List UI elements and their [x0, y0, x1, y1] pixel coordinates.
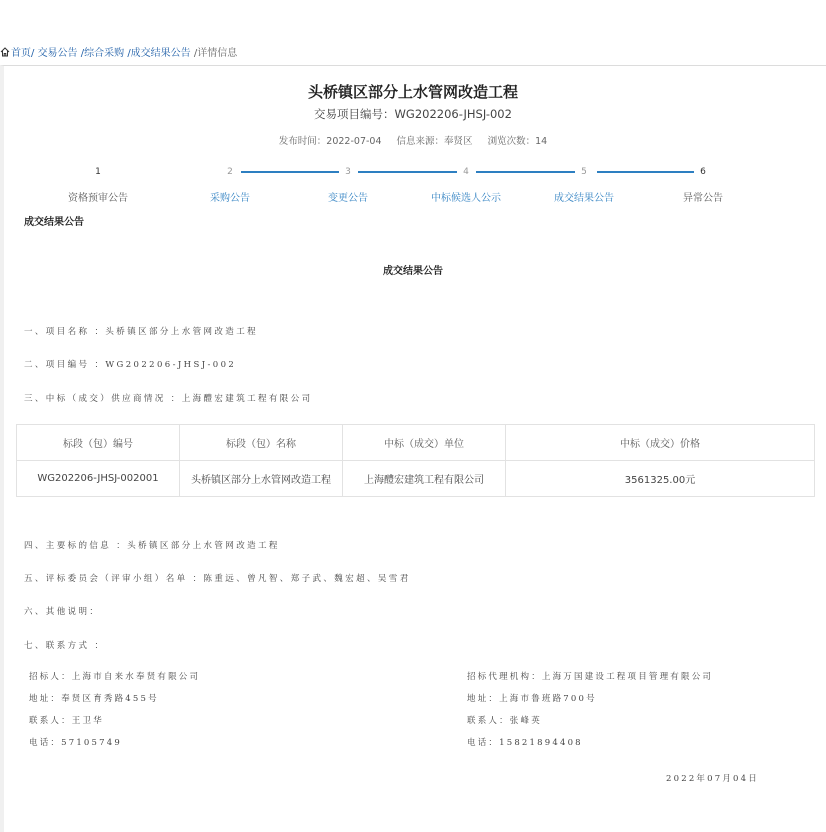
notice-date: 2022年07月04日 — [666, 772, 759, 784]
process-stepper: 1 资格预审公告 2 采购公告 3 变更公告 4 中标候选人公示 5 成交结果公… — [0, 166, 826, 206]
breadcrumb-comprehensive-procurement[interactable]: /综合采购 — [81, 48, 124, 59]
publish-time: 发布时间：2022-07-04 — [279, 136, 382, 147]
step-number: 6 — [643, 166, 763, 178]
meta-info: 发布时间：2022-07-04 信息来源：奉贤区 浏览次数：14 — [0, 133, 826, 147]
buyer-address: 地址：奉贤区育秀路455号 — [29, 688, 200, 710]
header-lot-name: 标段（包）名称 — [180, 425, 343, 461]
supplier-line: 三、中标（成交）供应商情况 ：上海醴宏建筑工程有限公司 — [24, 392, 313, 404]
page-title: 头桥镇区部分上水管网改造工程 — [0, 81, 826, 102]
buyer-phone: 电话：57105749 — [29, 732, 200, 754]
step-label: 异常公告 — [643, 189, 763, 204]
step-number: 1 — [38, 166, 158, 178]
section-label: 成交结果公告 — [24, 213, 84, 228]
step-change[interactable]: 3 变更公告 — [288, 166, 408, 204]
contact-heading-line: 七、联系方式 ： — [24, 639, 105, 651]
view-count: 浏览次数：14 — [488, 136, 548, 147]
buyer-person: 联系人：王卫华 — [29, 710, 200, 732]
breadcrumb-result-notice[interactable]: /成交结果公告 — [127, 48, 190, 59]
agent-phone: 电话：15821894408 — [467, 732, 713, 754]
step-number: 5 — [524, 166, 644, 178]
step-label[interactable]: 采购公告 — [170, 189, 290, 204]
breadcrumb: 首页/ 交易公告 /综合采购 /成交结果公告 /详情信息 — [0, 44, 237, 59]
notice-heading: 成交结果公告 — [0, 262, 826, 277]
step-candidate[interactable]: 4 中标候选人公示 — [406, 166, 526, 204]
home-icon[interactable] — [0, 47, 10, 57]
step-label: 资格预审公告 — [38, 189, 158, 204]
header-price: 中标（成交）价格 — [506, 425, 815, 461]
step-number: 2 — [170, 166, 290, 178]
step-prequalification: 1 资格预审公告 — [38, 166, 158, 204]
step-result[interactable]: 5 成交结果公告 — [524, 166, 644, 204]
step-exception: 6 异常公告 — [643, 166, 763, 204]
project-code-line: 二、项目编号 ：WG202206-JHSJ-002 — [24, 358, 236, 370]
main-subject-line: 四、主要标的信息 ：头桥镇区部分上水管网改造工程 — [24, 539, 280, 551]
buyer-contact: 招标人：上海市自来水奉贤有限公司 地址：奉贤区育秀路455号 联系人：王卫华 电… — [29, 666, 200, 754]
step-label[interactable]: 成交结果公告 — [524, 189, 644, 204]
committee-line: 五、评标委员会（评审小组）名单 ：陈重远、曾凡智、郑子武、魏宏超、吴雪君 — [24, 572, 411, 584]
breadcrumb-detail: /详情信息 — [194, 48, 237, 59]
agent-contact: 招标代理机构：上海万国建设工程项目管理有限公司 地址：上海市鲁班路700号 联系… — [467, 666, 713, 754]
step-number: 4 — [406, 166, 526, 178]
agent-address: 地址：上海市鲁班路700号 — [467, 688, 713, 710]
step-label[interactable]: 中标候选人公示 — [406, 189, 526, 204]
result-table: 标段（包）编号 标段（包）名称 中标（成交）单位 中标（成交）价格 WG2022… — [16, 424, 815, 497]
other-notes-line: 六、其他说明： — [24, 605, 100, 617]
project-code: 交易项目编号：WG202206-JHSJ-002 — [0, 106, 826, 122]
cell-lot-name: 头桥镇区部分上水管网改造工程 — [180, 461, 343, 497]
header-winner: 中标（成交）单位 — [343, 425, 506, 461]
step-number: 3 — [288, 166, 408, 178]
table-header-row: 标段（包）编号 标段（包）名称 中标（成交）单位 中标（成交）价格 — [17, 425, 815, 461]
step-procurement[interactable]: 2 采购公告 — [170, 166, 290, 204]
info-source: 信息来源：奉贤区 — [397, 136, 473, 147]
cell-lot-code: WG202206-JHSJ-002001 — [17, 461, 180, 497]
project-name-line: 一、项目名称 ：头桥镇区部分上水管网改造工程 — [24, 325, 258, 337]
cell-winner: 上海醴宏建筑工程有限公司 — [343, 461, 506, 497]
agent-name: 招标代理机构：上海万国建设工程项目管理有限公司 — [467, 666, 713, 688]
table-row: WG202206-JHSJ-002001 头桥镇区部分上水管网改造工程 上海醴宏… — [17, 461, 815, 497]
step-label[interactable]: 变更公告 — [288, 189, 408, 204]
buyer-name: 招标人：上海市自来水奉贤有限公司 — [29, 666, 200, 688]
breadcrumb-trade-notice[interactable]: 交易公告 — [38, 48, 78, 59]
header-lot-code: 标段（包）编号 — [17, 425, 180, 461]
agent-person: 联系人：张峰英 — [467, 710, 713, 732]
breadcrumb-home[interactable]: 首页/ — [11, 48, 34, 59]
cell-price: 3561325.00元 — [506, 461, 815, 497]
